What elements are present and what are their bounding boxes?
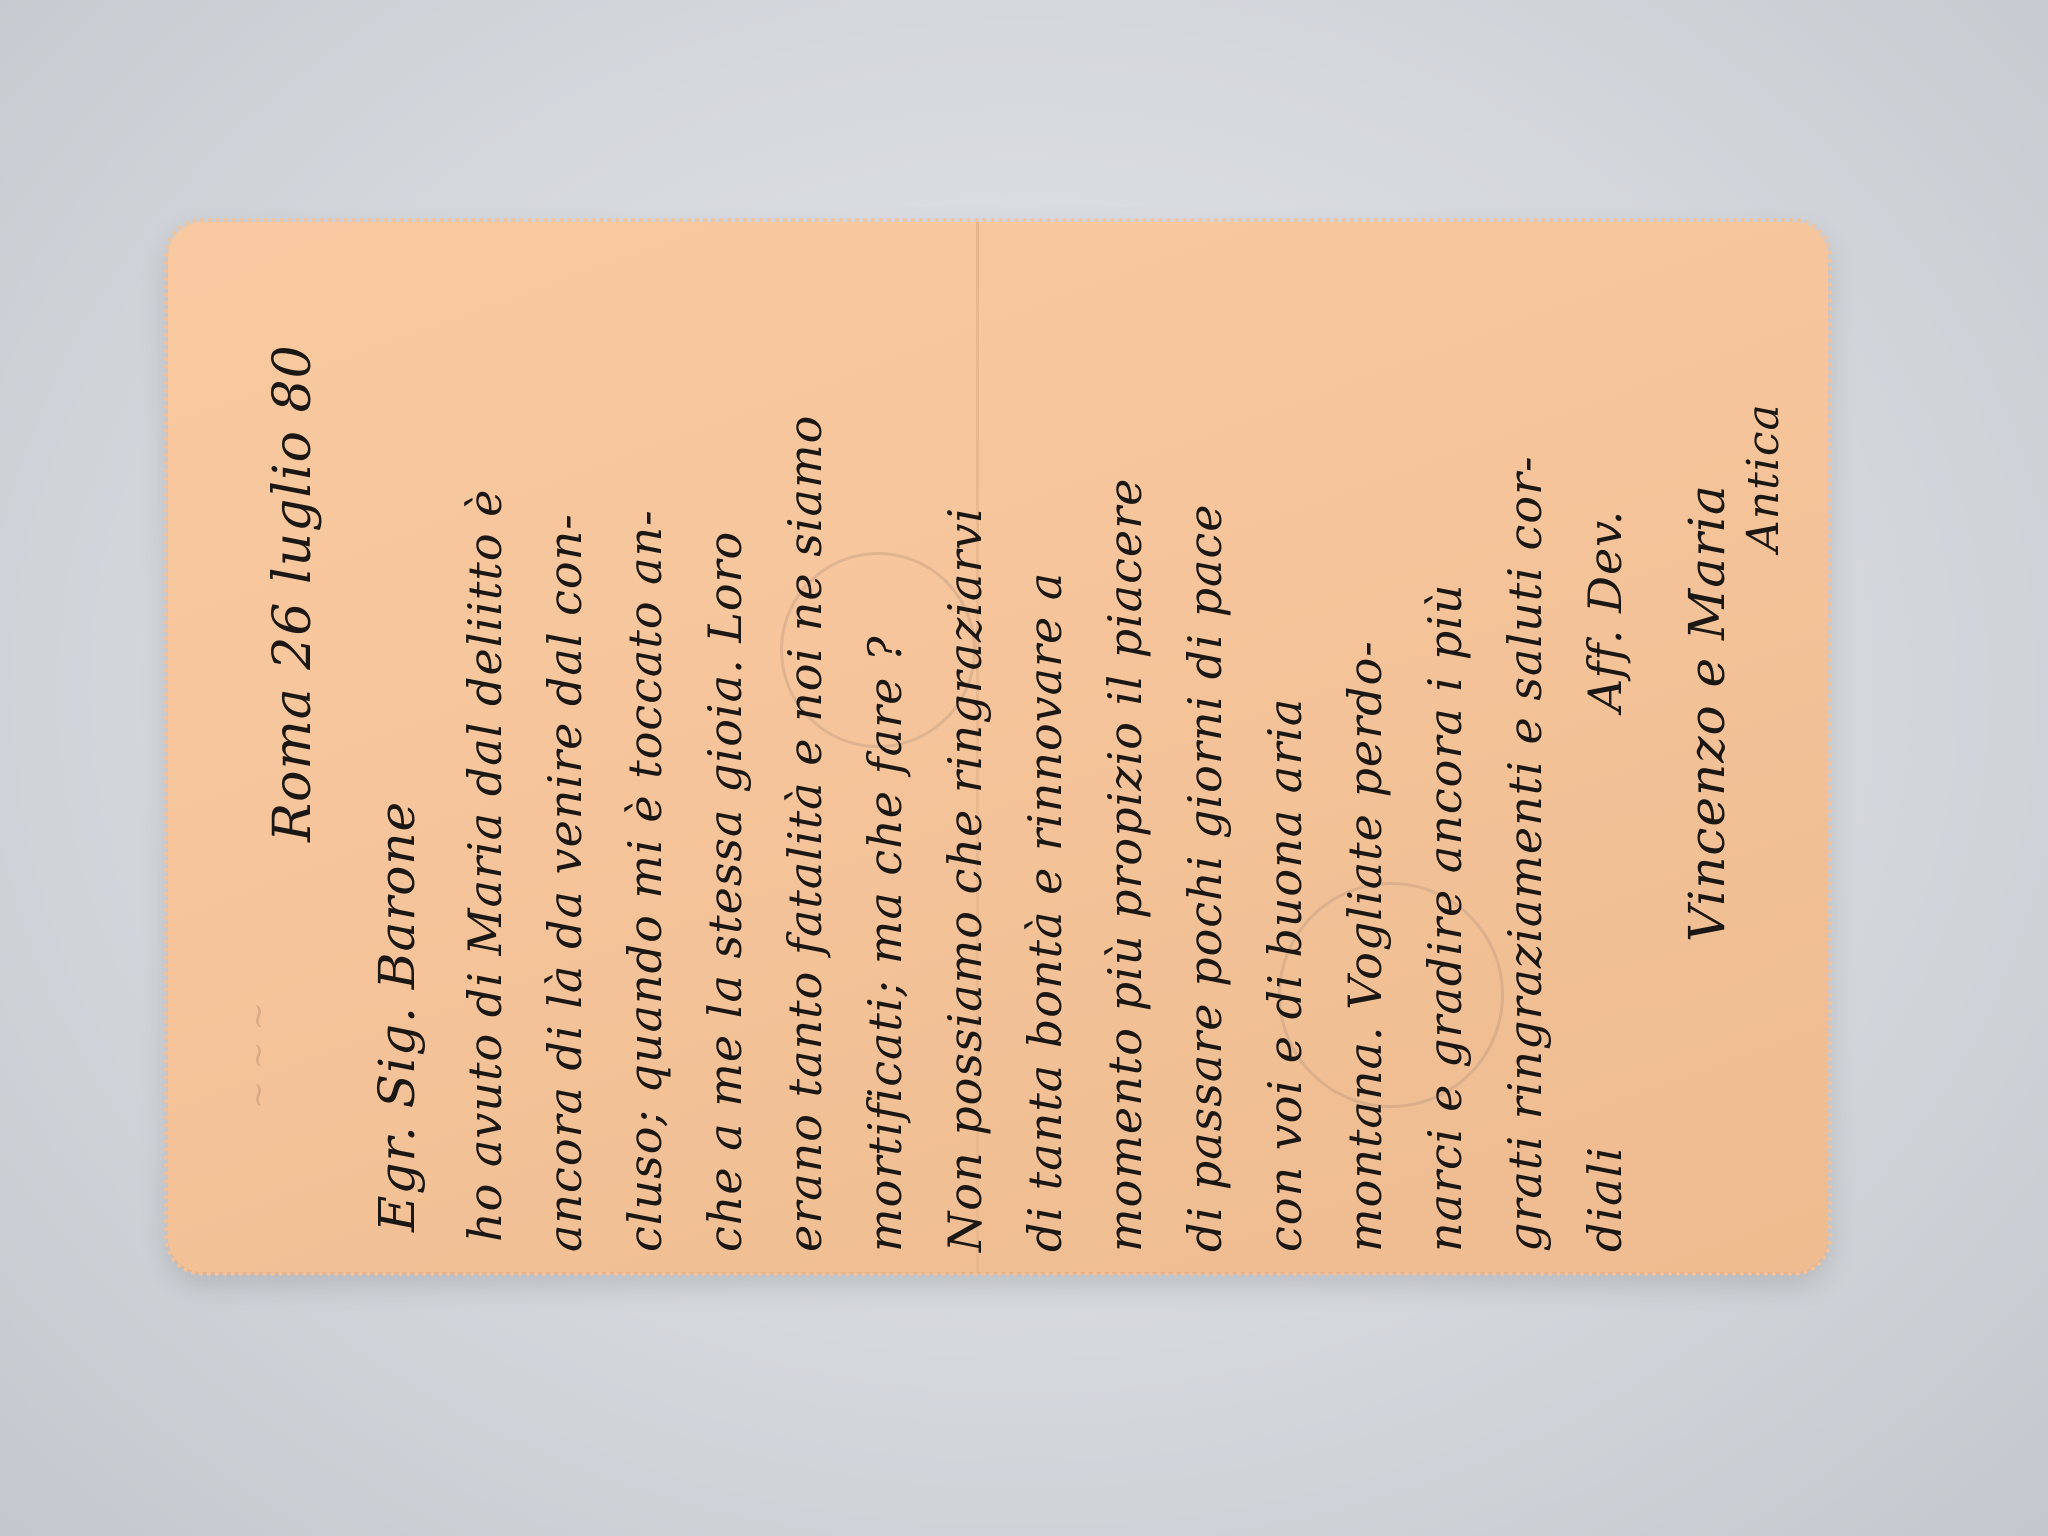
letter-closing: Aff. Dev.	[1578, 510, 1632, 712]
body-line: grati ringraziamenti e saluti cor-	[1498, 455, 1552, 1252]
letter-signature: Vincenzo e Maria	[1678, 484, 1736, 942]
body-line: con voi e di buona aria	[1258, 698, 1312, 1252]
body-line: ho avuto di Maria dal deliitto è	[458, 489, 512, 1242]
body-line: Non possiamo che ringraziarvi	[938, 507, 992, 1252]
letter-date: Roma 26 luglio 80	[263, 344, 323, 842]
letter-signature-line2: Antica	[1738, 403, 1789, 552]
body-line: di passare pochi giorni di pace	[1178, 504, 1232, 1252]
body-line: cluso; quando mi è toccato an-	[618, 509, 672, 1252]
body-line: che a me la stessa gioia. Loro	[698, 531, 752, 1252]
body-line: ancora di là da venire dal con-	[538, 513, 592, 1252]
body-line: diali	[1578, 1146, 1632, 1252]
letter-text-area: Roma 26 luglio 80 Egr. Sig. Barone ho av…	[168, 222, 1828, 1272]
body-line: montana. Vogliate perdo-	[1338, 640, 1392, 1252]
body-line: momento più propizio il piacere	[1098, 478, 1152, 1252]
body-line: erano tanto fatalità e noi ne siamo	[778, 415, 832, 1252]
rotated-letter: Roma 26 luglio 80 Egr. Sig. Barone ho av…	[168, 222, 1828, 1272]
body-line: narci e gradire ancora i più	[1418, 584, 1472, 1253]
body-line: mortificati; ma che fare ?	[858, 635, 912, 1252]
body-line: di tanta bontà e rinnovare a	[1018, 572, 1072, 1252]
letter-salutation: Egr. Sig. Barone	[368, 801, 426, 1232]
letter-card: ~ ~ ~ Roma 26 luglio 80 Egr. Sig. Barone…	[168, 222, 1828, 1272]
